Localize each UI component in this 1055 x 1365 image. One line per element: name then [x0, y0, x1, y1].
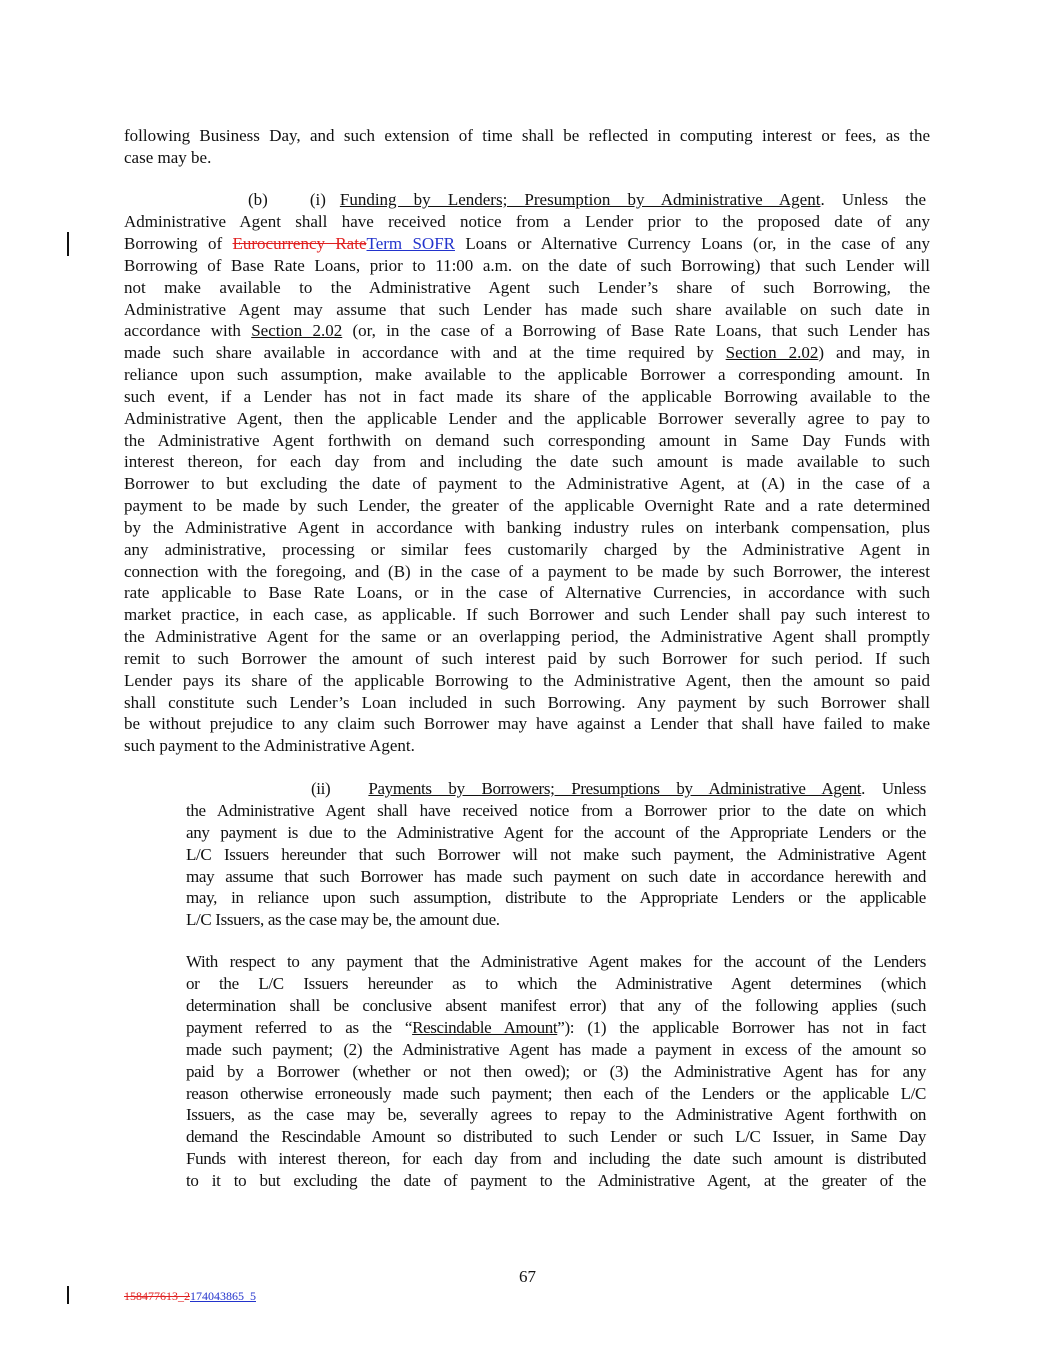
section-b-heading: (b)(i)Funding by Lenders; Presumption by… [248, 190, 926, 210]
heading-payments-by-borrowers: Payments by Borrowers; Presumptions by A… [368, 779, 861, 798]
heading-funding-by-lenders: Funding by Lenders; Presumption by Admin… [340, 190, 821, 209]
text-line: Borrower to but excluding the date of pa… [124, 474, 930, 494]
text-line: such payment to the Administrative Agent… [124, 736, 930, 756]
section-ref-link[interactable]: Section 2.02 [726, 343, 819, 362]
text-line: the Administrative Agent shall have rece… [186, 801, 926, 821]
page-number: 67 [519, 1267, 536, 1287]
text-line: shall constitute such Lender’s Loan incl… [124, 693, 930, 713]
text-line: to it to but excluding the date of payme… [186, 1171, 926, 1191]
label-b: (b) [248, 190, 268, 209]
label-ii: (ii) [311, 779, 330, 798]
text-line: Lender pays its share of the applicable … [124, 671, 930, 691]
doc-id-deleted: 158477613_2 [124, 1289, 190, 1303]
section-ii-heading: (ii)Payments by Borrowers; Presumptions … [311, 779, 926, 799]
text-line: made such payment; (2) the Administrativ… [186, 1040, 926, 1060]
text-line: payment to be made by such Lender, the g… [124, 496, 930, 516]
text-line: or the L/C Issuers hereunder as to which… [186, 974, 926, 994]
text-line: the Administrative Agent forthwith on de… [124, 431, 930, 451]
text-line: market practice, in each case, as applic… [124, 605, 930, 625]
text-line: reliance upon such assumption, make avai… [124, 365, 930, 385]
text-line: accordance with Section 2.02 (or, in the… [124, 321, 930, 341]
text-line: payment referred to as the “Rescindable … [186, 1018, 926, 1038]
label-i: (i) [310, 190, 326, 209]
text-line: rate applicable to Base Rate Loans, or i… [124, 583, 930, 603]
text-line: Administrative Agent, then the applicabl… [124, 409, 930, 429]
text-line: any payment is due to the Administrative… [186, 823, 926, 843]
doc-id-inserted: 174043865_5 [190, 1289, 256, 1303]
text-line: any administrative, processing or simila… [124, 540, 930, 560]
text-line: following Business Day, and such extensi… [124, 126, 930, 146]
text-line: such event, if a Lender has not in fact … [124, 387, 930, 407]
text-line: L/C Issuers, as the case may be, the amo… [186, 910, 926, 930]
text-line: may, in reliance upon such assumption, d… [186, 888, 926, 908]
text-line: case may be. [124, 148, 930, 168]
change-bar [67, 232, 69, 256]
text-line: the Administrative Agent for the same or… [124, 627, 930, 647]
text-line: remit to such Borrower the amount of suc… [124, 649, 930, 669]
text-line: be without prejudice to any claim such B… [124, 714, 930, 734]
text-line: may assume that such Borrower has made s… [186, 867, 926, 887]
text-line: not make available to the Administrative… [124, 278, 930, 298]
defined-term-rescindable-amount: Rescindable Amount [412, 1018, 557, 1037]
text-line: Issuers, as the case may be, severally a… [186, 1105, 926, 1125]
text-line: Funds with interest thereon, for each da… [186, 1149, 926, 1169]
text-line: made such share available in accordance … [124, 343, 930, 363]
change-bar [67, 1286, 69, 1304]
section-ref-link[interactable]: Section 2.02 [251, 321, 342, 340]
text-line: connection with the foregoing, and (B) i… [124, 562, 930, 582]
doc-id: 158477613_2174043865_5 [124, 1289, 256, 1304]
text-line: paid by a Borrower (whether or not then … [186, 1062, 926, 1082]
inserted-text: Term SOFR [367, 234, 455, 253]
text-line: determination shall be conclusive absent… [186, 996, 926, 1016]
text-line: interest thereon, for each day from and … [124, 452, 930, 472]
text-line: L/C Issuers hereunder that such Borrower… [186, 845, 926, 865]
text-line-revised: Borrowing of Eurocurrency RateTerm SOFR … [124, 234, 930, 254]
text-line: Borrowing of Base Rate Loans, prior to 1… [124, 256, 930, 276]
text-line: With respect to any payment that the Adm… [186, 952, 926, 972]
text-line: reason otherwise erroneously made such p… [186, 1084, 926, 1104]
text-line: Administrative Agent shall have received… [124, 212, 930, 232]
text-line: Administrative Agent may assume that suc… [124, 300, 930, 320]
text-line: demand the Rescindable Amount so distrib… [186, 1127, 926, 1147]
text-line: by the Administrative Agent in accordanc… [124, 518, 930, 538]
deleted-text: Eurocurrency Rate [233, 234, 367, 253]
